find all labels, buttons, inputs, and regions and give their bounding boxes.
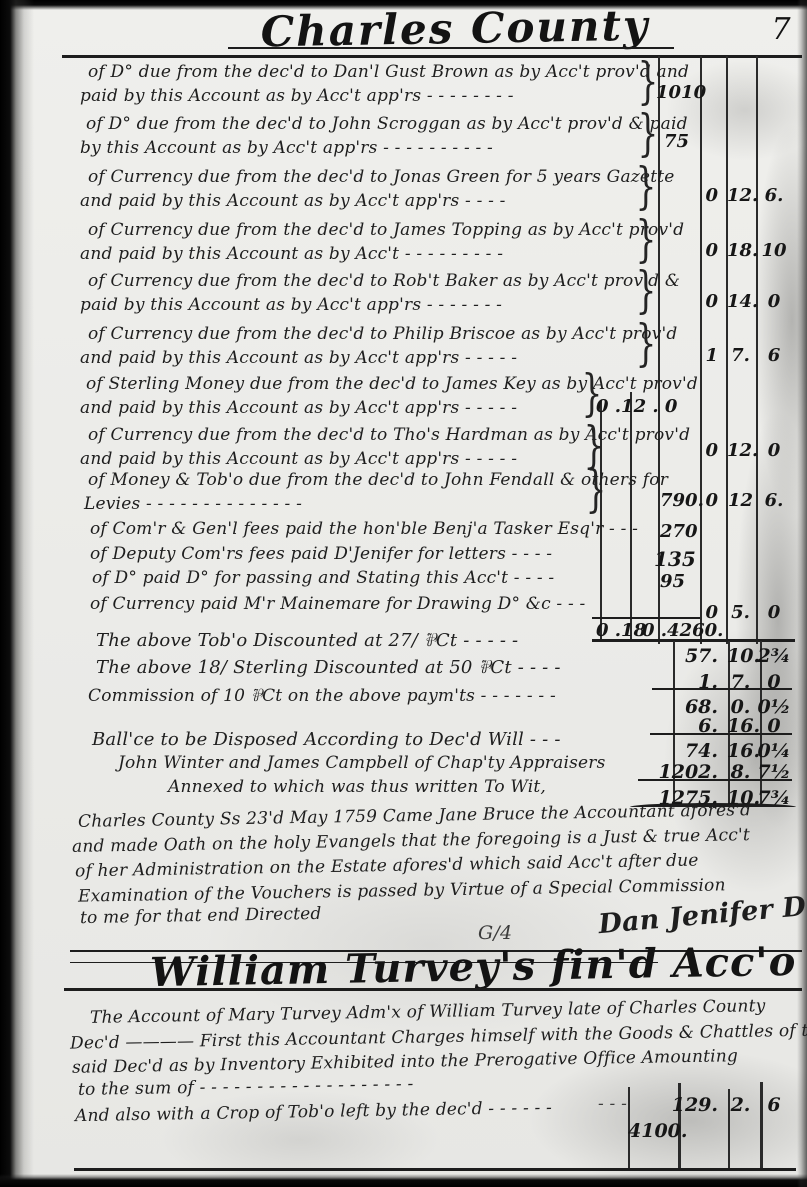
pence-amount: 0: [756, 440, 792, 461]
pence-amount: 0¼: [756, 740, 792, 762]
subtotal-sterling: 0 .18: [596, 620, 646, 641]
summary-line: Commission of 10 ⅌Ct on the above paym't…: [88, 683, 556, 706]
oath-line: to me for that end Directed: [80, 904, 322, 928]
subtotal-tobacco: 0 .4260.: [642, 620, 723, 641]
pence-amount: 0: [756, 671, 792, 693]
entry-line: and paid by this Account as by Acc't app…: [80, 398, 517, 418]
pence-amount: 10: [756, 240, 792, 261]
entry-line: and paid by this Account as by Acc't app…: [80, 191, 506, 211]
tobacco-amount: 270: [660, 521, 698, 542]
pounds-amount: 1.: [600, 671, 718, 693]
shillings-amount: 16.: [727, 740, 754, 762]
pence-amount: 7¾: [756, 787, 792, 809]
entry-line: of Sterling Money due from the dec'd to …: [86, 374, 698, 394]
scan-edge-right: [797, 0, 807, 1187]
entry-line: and paid by this Account as by Acc't - -…: [80, 244, 503, 264]
pence-amount: 6: [756, 1094, 792, 1116]
scan-edge-bottom: [0, 1174, 807, 1187]
entry-line: of D° due from the dec'd to Dan'l Gust B…: [88, 62, 689, 82]
pounds-amount: 1: [600, 345, 718, 366]
entry-line: of Money & Tob'o due from the dec'd to J…: [88, 470, 668, 490]
tobacco-amount: 135: [654, 547, 696, 571]
pence-amount: 6.: [756, 490, 792, 511]
pounds-amount: 57.: [600, 645, 718, 667]
entry-line: and paid by this Account as by Acc't app…: [80, 348, 517, 368]
account-line: to the sum of - - - - - - - - - - - - - …: [78, 1074, 414, 1100]
summary-line: Ball'ce to be Disposed According to Dec'…: [92, 729, 561, 750]
entry-line: of Currency due from the dec'd to Jonas …: [88, 167, 675, 187]
pence-amount: 7½: [756, 761, 792, 783]
account-line: And also with a Crop of Tob'o left by th…: [75, 1098, 552, 1126]
tobacco-amount: 75: [664, 131, 689, 152]
shillings-amount: 7.: [727, 345, 754, 366]
header-rule: [62, 55, 802, 58]
shillings-amount: 14.: [727, 291, 754, 312]
pence-amount: 6: [756, 345, 792, 366]
clerk-mark: G/4: [478, 922, 512, 944]
entry-line: Levies - - - - - - - - - - - - - -: [84, 494, 302, 514]
entry-line: of Currency due from the dec'd to Rob't …: [88, 271, 680, 291]
pounds-amount: 0: [600, 490, 718, 511]
tobacco-amount: 4100.: [628, 1120, 688, 1142]
discount-line: The above 18/ Sterling Discounted at 50 …: [96, 655, 561, 679]
shillings-amount: 12.: [727, 440, 754, 461]
pounds-amount: 0: [600, 240, 718, 261]
entry-line: of D° due from the dec'd to John Scrogga…: [86, 114, 688, 134]
pence-amount: 0: [756, 715, 792, 737]
pounds-amount: 0: [600, 440, 718, 461]
page-number: 7: [766, 12, 796, 47]
shillings-amount: 10.: [727, 645, 754, 667]
section-rule: [64, 988, 802, 991]
pounds-amount: 1202.: [600, 761, 718, 783]
shillings-amount: 5.: [727, 602, 754, 623]
shillings-amount: 7.: [727, 671, 754, 693]
entry-brace: }: [638, 108, 659, 158]
tobacco-amount: 1010: [656, 82, 706, 103]
shillings-amount: 16.: [727, 715, 754, 737]
scan-edge-left: [0, 0, 34, 1187]
entry-line: paid by this Account as by Acc't app'rs …: [80, 86, 514, 106]
pounds-amount: 0: [600, 185, 718, 206]
fee-line: of Com'r & Gen'l fees paid the hon'ble B…: [90, 519, 638, 539]
header-underline: [228, 47, 674, 49]
manuscript-page: Charles County 7 of D° due from the dec'…: [0, 0, 807, 1187]
summary-line: John Winter and James Campbell of Chap't…: [118, 753, 606, 773]
oath-line: Examination of the Vouchers is passed by…: [78, 875, 726, 906]
entry-line: of Currency due from the dec'd to James …: [88, 220, 684, 240]
pounds-amount: 74.: [600, 740, 718, 762]
pence-amount: 2¾: [756, 645, 792, 667]
fee-line: of D° paid D° for passing and Stating th…: [92, 568, 554, 588]
pence-amount: 0: [756, 291, 792, 312]
shillings-amount: 12: [727, 490, 754, 511]
sterling-inner-amount: 0 .12 . 0: [596, 396, 677, 417]
pence-amount: 6.: [756, 185, 792, 206]
summary-line: Annexed to which was thus written To Wit…: [168, 777, 546, 797]
entry-line: of Currency due from the dec'd to Philip…: [88, 324, 677, 344]
shillings-amount: 18.: [727, 240, 754, 261]
discount-line: The above Tob'o Discounted at 27/ ⅌Ct - …: [96, 628, 518, 652]
entry-line: and paid by this Account as by Acc't app…: [80, 449, 517, 469]
entry-line: paid by this Account as by Acc't app'rs …: [80, 295, 502, 315]
fee-line: of Deputy Com'rs fees paid D'Jenifer for…: [90, 544, 552, 564]
pounds-amount: 129.: [600, 1094, 718, 1116]
shillings-amount: 8.: [727, 761, 754, 783]
shillings-amount: 12.: [727, 185, 754, 206]
tobacco-amount: 95: [660, 571, 685, 592]
fee-line: of Currency paid M'r Mainemare for Drawi…: [90, 594, 585, 614]
pounds-amount: 6.: [600, 715, 718, 737]
bottom-rule: [74, 1168, 796, 1171]
shillings-amount: 2.: [727, 1094, 754, 1116]
entry-line: by this Account as by Acc't app'rs - - -…: [80, 138, 493, 158]
pounds-amount: 0: [600, 291, 718, 312]
pence-amount: 0: [756, 602, 792, 623]
